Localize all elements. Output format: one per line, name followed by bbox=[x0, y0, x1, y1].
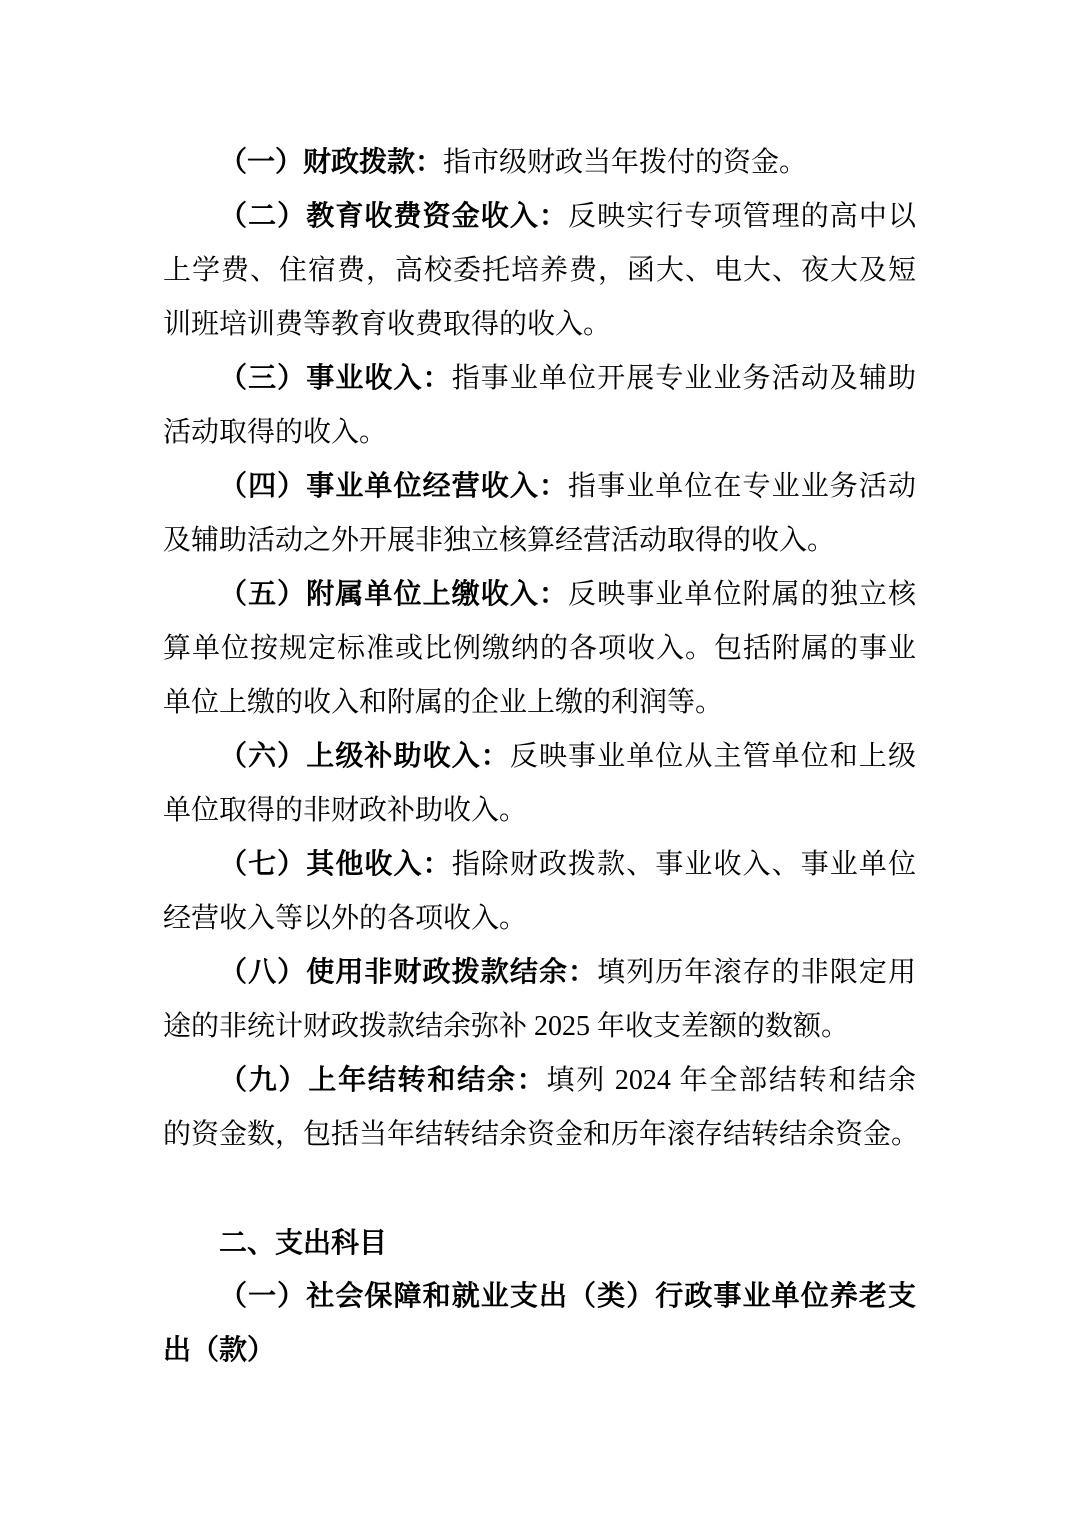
income-item-6: （六）上级补助收入：反映事业单位从主管单位和上级 单位取得的非财政补助收入。 bbox=[163, 730, 916, 838]
document-body: （一）财政拨款：指市级财政当年拨付的资金。 （二）教育收费资金收入：反映实行专项… bbox=[0, 0, 916, 1378]
income-item-2-line-1: （二）教育收费资金收入：反映实行专项管理的高中以 bbox=[163, 190, 916, 244]
income-item-2-label: （二）教育收费资金收入： bbox=[219, 201, 568, 232]
income-item-2-text: 反映实行专项管理的高中以 bbox=[568, 201, 916, 232]
document-page: （一）财政拨款：指市级财政当年拨付的资金。 （二）教育收费资金收入：反映实行专项… bbox=[0, 0, 1074, 1520]
income-item-5-line-3: 单位上缴的收入和附属的企业上缴的利润等。 bbox=[163, 676, 916, 730]
income-item-9-label: （九）上年结转和结余： bbox=[219, 1065, 547, 1096]
income-item-9-text: 填列 2024 年全部结转和结余 bbox=[547, 1065, 917, 1096]
income-item-4-line-2: 及辅助活动之外开展非独立核算经营活动取得的收入。 bbox=[163, 514, 916, 568]
income-item-8-line-2: 途的非统计财政拨款结余弥补 2025 年收支差额的数额。 bbox=[163, 1000, 916, 1054]
income-item-6-line-1: （六）上级补助收入：反映事业单位从主管单位和上级 bbox=[163, 730, 916, 784]
income-item-7-line-1: （七）其他收入：指除财政拨款、事业收入、事业单位 bbox=[163, 838, 916, 892]
income-item-5: （五）附属单位上缴收入：反映事业单位附属的独立核 算单位按规定标准或比例缴纳的各… bbox=[163, 568, 916, 730]
expenditure-item-1-line-2: 出（款） bbox=[163, 1324, 916, 1378]
income-item-8-line-1: （八）使用非财政拨款结余：填列历年滚存的非限定用 bbox=[163, 946, 916, 1000]
expenditure-section-heading: 二、支出科目 bbox=[163, 1216, 916, 1270]
income-item-8: （八）使用非财政拨款结余：填列历年滚存的非限定用 途的非统计财政拨款结余弥补 2… bbox=[163, 946, 916, 1054]
income-item-4-line-1: （四）事业单位经营收入：指事业单位在专业业务活动 bbox=[163, 460, 916, 514]
income-item-4-label: （四）事业单位经营收入： bbox=[219, 471, 568, 502]
income-item-3-line-1: （三）事业收入：指事业单位开展专业业务活动及辅助 bbox=[163, 352, 916, 406]
income-item-2-line-2: 上学费、住宿费，高校委托培养费，函大、电大、夜大及短 bbox=[163, 244, 916, 298]
income-item-8-label: （八）使用非财政拨款结余： bbox=[219, 957, 597, 988]
income-item-7-line-2: 经营收入等以外的各项收入。 bbox=[163, 892, 916, 946]
income-item-1-line-1: （一）财政拨款：指市级财政当年拨付的资金。 bbox=[163, 136, 916, 190]
income-item-6-text: 反映事业单位从主管单位和上级 bbox=[510, 741, 916, 772]
income-item-1-label: （一）财政拨款： bbox=[219, 147, 443, 178]
expenditure-item-1: （一）社会保障和就业支出（类）行政事业单位养老支 出（款） bbox=[163, 1270, 916, 1378]
income-item-3: （三）事业收入：指事业单位开展专业业务活动及辅助 活动取得的收入。 bbox=[163, 352, 916, 460]
income-item-7-text: 指除财政拨款、事业收入、事业单位 bbox=[452, 849, 916, 880]
income-item-3-label: （三）事业收入： bbox=[219, 363, 452, 394]
income-item-1-text: 指市级财政当年拨付的资金。 bbox=[443, 147, 807, 178]
income-item-2: （二）教育收费资金收入：反映实行专项管理的高中以 上学费、住宿费，高校委托培养费… bbox=[163, 190, 916, 352]
income-item-5-line-2: 算单位按规定标准或比例缴纳的各项收入。包括附属的事业 bbox=[163, 622, 916, 676]
income-item-9: （九）上年结转和结余：填列 2024 年全部结转和结余 的资金数，包括当年结转结… bbox=[163, 1054, 916, 1162]
income-item-5-line-1: （五）附属单位上缴收入：反映事业单位附属的独立核 bbox=[163, 568, 916, 622]
income-item-8-text: 填列历年滚存的非限定用 bbox=[597, 957, 916, 988]
expenditure-item-1-line-1: （一）社会保障和就业支出（类）行政事业单位养老支 bbox=[163, 1270, 916, 1324]
income-item-5-text: 反映事业单位附属的独立核 bbox=[568, 579, 916, 610]
income-item-1: （一）财政拨款：指市级财政当年拨付的资金。 bbox=[163, 136, 916, 190]
income-item-5-label: （五）附属单位上缴收入： bbox=[219, 579, 568, 610]
income-item-3-line-2: 活动取得的收入。 bbox=[163, 406, 916, 460]
income-item-6-line-2: 单位取得的非财政补助收入。 bbox=[163, 784, 916, 838]
income-item-2-line-3: 训班培训费等教育收费取得的收入。 bbox=[163, 298, 916, 352]
income-item-9-line-1: （九）上年结转和结余：填列 2024 年全部结转和结余 bbox=[163, 1054, 916, 1108]
income-item-7: （七）其他收入：指除财政拨款、事业收入、事业单位 经营收入等以外的各项收入。 bbox=[163, 838, 916, 946]
income-item-7-label: （七）其他收入： bbox=[219, 849, 452, 880]
income-item-4-text: 指事业单位在专业业务活动 bbox=[568, 471, 916, 502]
income-item-6-label: （六）上级补助收入： bbox=[219, 741, 510, 772]
income-item-4: （四）事业单位经营收入：指事业单位在专业业务活动 及辅助活动之外开展非独立核算经… bbox=[163, 460, 916, 568]
income-item-9-line-2: 的资金数，包括当年结转结余资金和历年滚存结转结余资金。 bbox=[163, 1108, 916, 1162]
income-item-3-text: 指事业单位开展专业业务活动及辅助 bbox=[452, 363, 916, 394]
